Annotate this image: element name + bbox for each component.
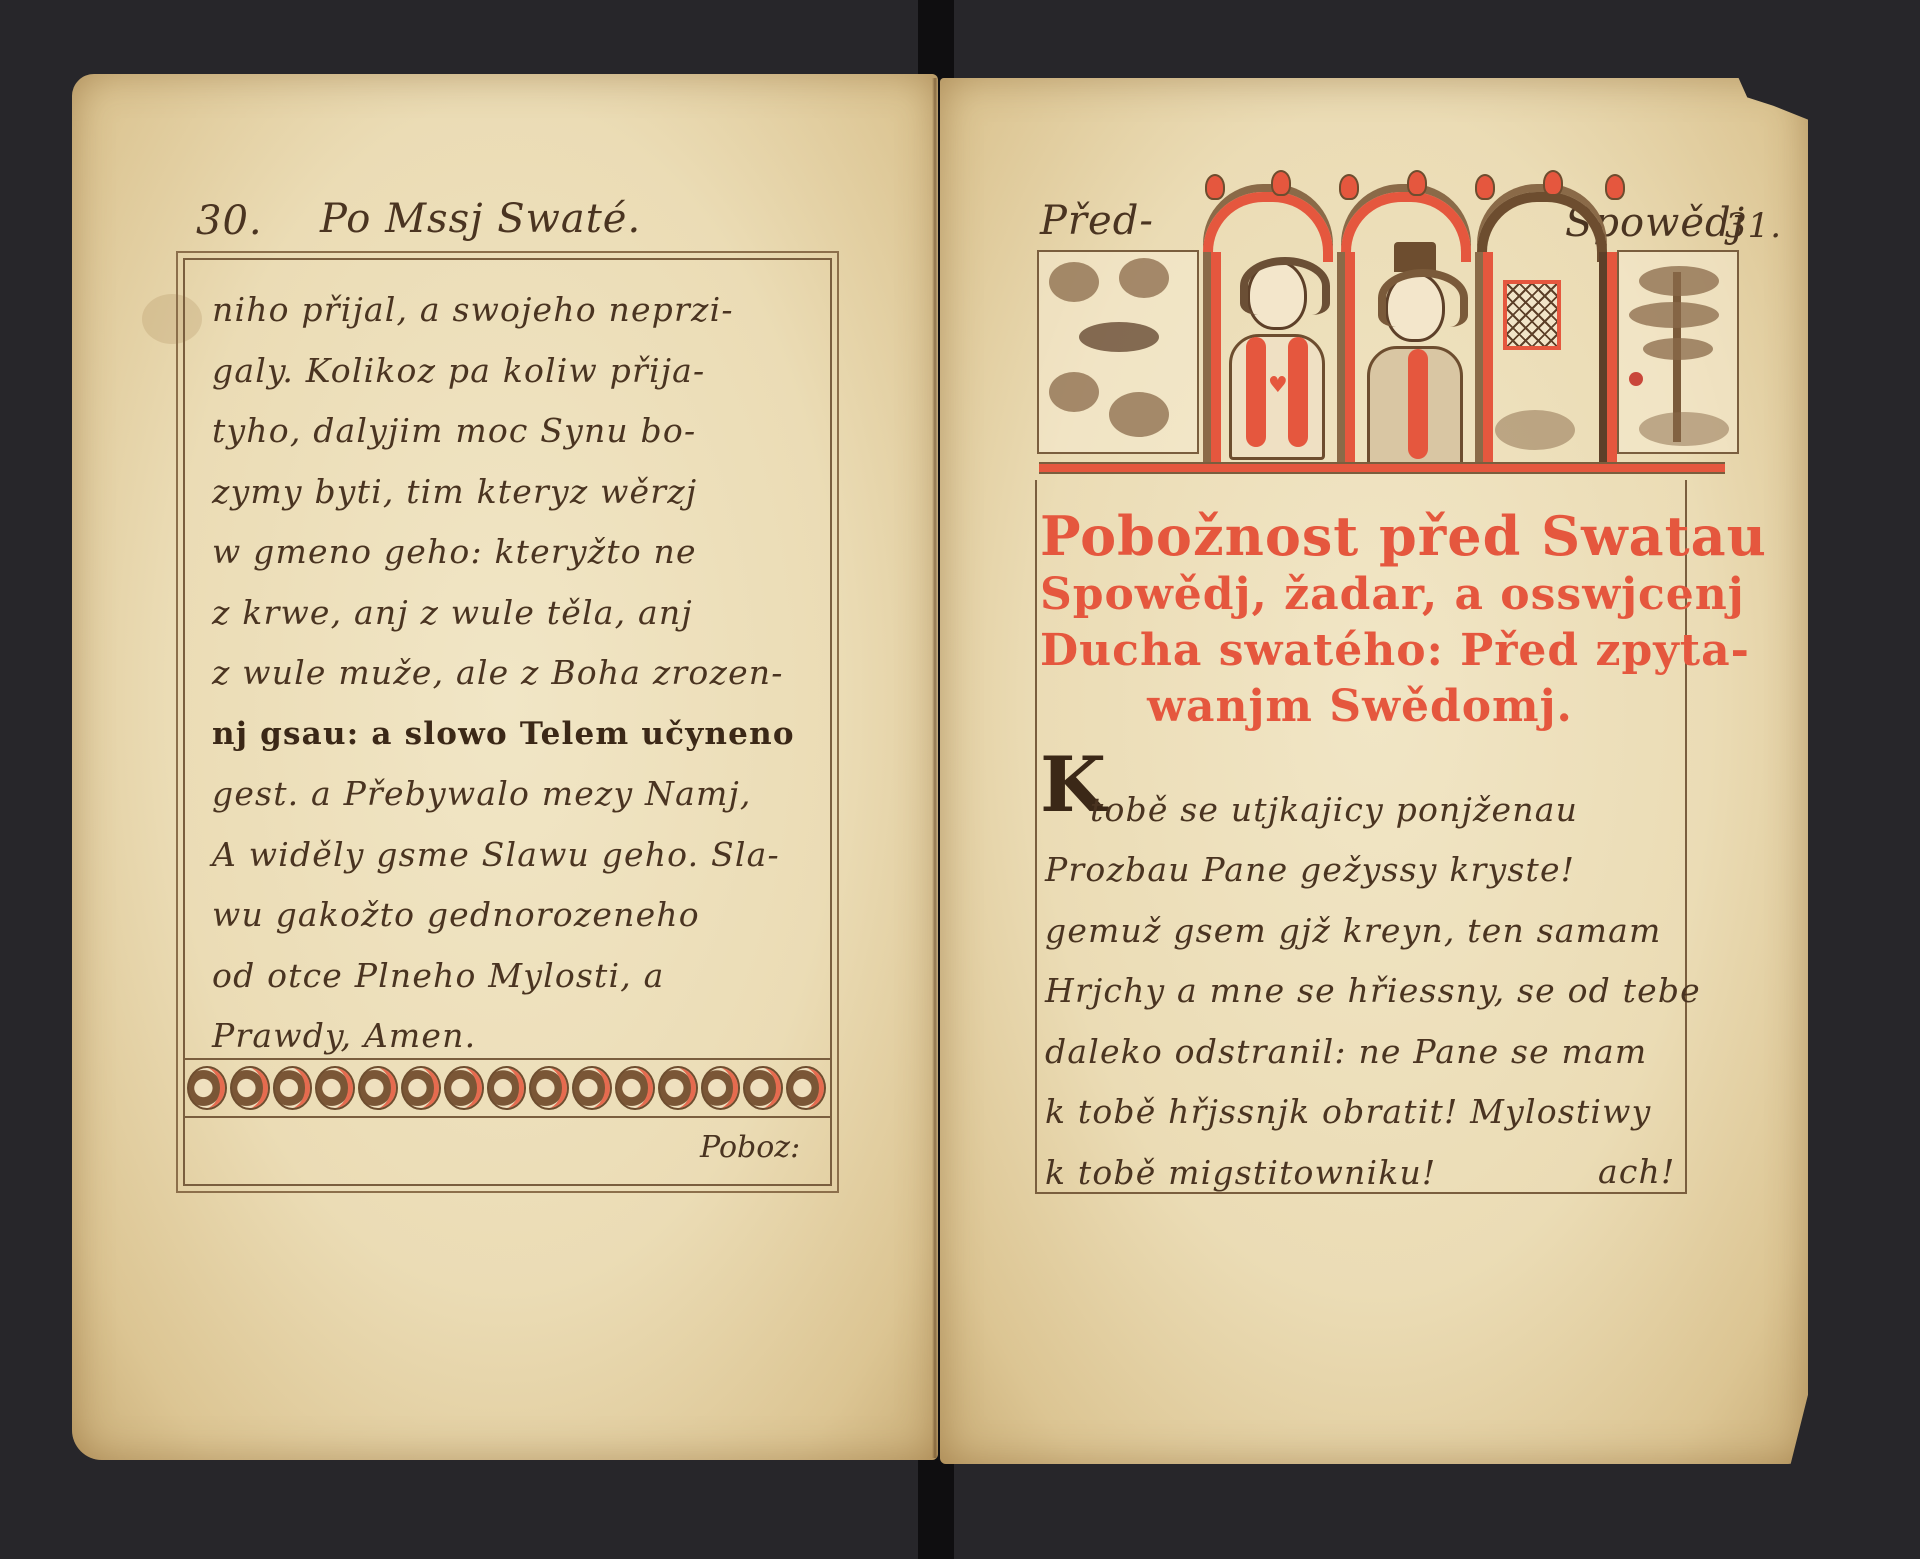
pillar [1337,252,1355,472]
text-line: k tobě hřjssnjk obratit! Mylostiwy [1045,1082,1701,1143]
arch [1477,192,1607,262]
bead-ornament-border [183,1058,830,1118]
text-line: gest. a Přebywalo mezy Namj, [212,764,795,825]
left-page-number: 30. [196,198,263,244]
priest-figure [1360,242,1470,472]
left-running-title: Po Mssj Swaté. [320,196,641,242]
text-line: tyho, dalyjim moc Synu bo- [212,401,795,462]
text-line: Prozbau Pane gežyssy kryste! [1045,840,1701,901]
finial [1205,174,1225,200]
text-line: gemuž gsem gjž kreyn, ten samam [1045,901,1701,962]
bead-ornament [658,1066,698,1110]
rubric-line: Pobožnost před Swatau [1040,505,1680,567]
bead-ornament [572,1066,612,1110]
text-line: Hrjchy a mne se hřiessny, se od tebe [1045,961,1701,1022]
finial [1543,170,1563,196]
bead-ornament [529,1066,569,1110]
catchword: Poboz: [700,1130,800,1165]
penitent-figure: ♥ [1227,260,1327,460]
rubric-line: Spowědj, žadar, a osswjcenj [1040,567,1680,623]
bead-ornament [487,1066,527,1110]
bead-ornament [615,1066,655,1110]
bead-ornament [273,1066,313,1110]
spine-crease [932,78,938,1458]
text-line: A widěly gsme Slawu geho. Sla- [212,825,795,886]
pillar [1599,252,1617,472]
finial [1407,170,1427,196]
rubric-line: wanjm Swědomj. [1040,679,1680,735]
finial [1475,174,1495,200]
tree-panel [1617,250,1739,454]
left-text-block: niho přijal, a swojeho neprzi- galy. Kol… [212,280,795,1067]
text-line: z krwe, anj z wule těla, anj [212,583,795,644]
finial [1605,174,1625,200]
flower-icon [1629,372,1643,386]
bead-ornament [358,1066,398,1110]
right-page-number: 31. [1725,206,1782,246]
confessional-grille [1503,280,1561,350]
finial [1271,170,1291,196]
bead-ornament [401,1066,441,1110]
arch [1203,192,1333,262]
text-line: daleko odstranil: ne Pane se mam [1045,1022,1701,1083]
text-line: niho přijal, a swojeho neprzi- [212,280,795,341]
biretta-icon [1394,242,1436,272]
rubric-line: Ducha swatého: Před zpyta- [1040,623,1680,679]
bird-panel [1037,250,1199,454]
bead-ornament [444,1066,484,1110]
text-line: od otce Plneho Mylosti, a [212,946,795,1007]
bead-ornament [786,1066,826,1110]
text-line: tobě se utjkajicy ponjženau [1090,780,1578,841]
closing-exclamation: ach! [1598,1142,1675,1203]
text-line-emphasized: nj gsau: a slowo Telem učyneno [212,704,795,765]
bead-ornament [743,1066,783,1110]
rubric-heading: Pobožnost před Swatau Spowědj, žadar, a … [1040,505,1680,735]
text-line: zymy byti, tim kteryz wěrzj [212,462,795,523]
heart-icon: ♥ [1268,373,1288,398]
bead-ornament [315,1066,355,1110]
shrub [1495,410,1575,450]
right-text-block: tobě se utjkajicy ponjženau [1090,780,1578,841]
confessional-illustration: ♥ [1035,170,1685,480]
red-rule [1039,462,1725,474]
bead-ornament [701,1066,741,1110]
bird-icon [1079,322,1159,352]
bead-ornament [187,1066,227,1110]
pillar [1203,252,1221,472]
text-line: galy. Kolikoz pa koliw přija- [212,341,795,402]
text-line: z wule muže, ale z Boha zrozen- [212,643,795,704]
text-line: wu gakožto gednorozeneho [212,885,795,946]
bead-ornament [230,1066,270,1110]
pillar [1475,252,1493,472]
finial [1339,174,1359,200]
text-line: w gmeno geho: kteryžto ne [212,522,795,583]
